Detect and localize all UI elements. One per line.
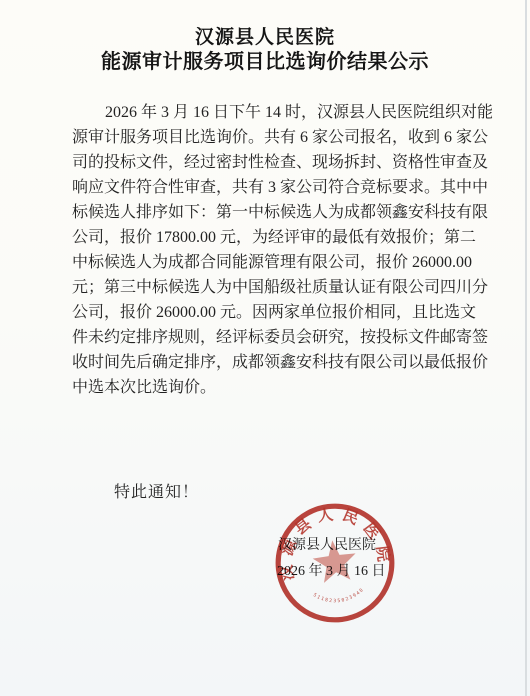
body-line: 响应文件符合性审查，共有 3 家公司符合竞标要求。其中中	[72, 175, 440, 200]
body-line: 中标候选人为成都合同能源管理有限公司，报价 26000.00	[72, 250, 440, 275]
body-line: 标候选人排序如下：第一中标候选人为成都领鑫安科技有限	[72, 200, 440, 225]
scan-edge-shadow	[525, 0, 527, 696]
seal-code-number: 5118235023940	[311, 586, 366, 607]
body-line: 2026 年 3 月 16 日下午 14 时，汉源县人民医院组织对能	[72, 100, 440, 125]
announcement-body: 2026 年 3 月 16 日下午 14 时，汉源县人民医院组织对能 源审计服务…	[72, 100, 440, 400]
body-line: 收时间先后确定排序，成都领鑫安科技有限公司以最低报价	[72, 350, 440, 375]
notice-statement: 特此通知！	[114, 483, 199, 503]
official-red-seal: 汉源县人民医院 5118235023940	[266, 494, 404, 632]
scanned-announcement-page: 汉源县人民医院 能源审计服务项目比选询价结果公示 2026 年 3 月 16 日…	[0, 0, 530, 696]
body-line: 源审计服务项目比选询价。共有 6 家公司报名，收到 6 家公	[72, 125, 440, 150]
document-title: 汉源县人民医院 能源审计服务项目比选询价结果公示	[0, 26, 530, 75]
body-line: 件未约定排序规则，经评标委员会研究，按投标文件邮寄签	[72, 325, 440, 350]
body-line: 公司，报价 26000.00 元。因两家单位报价相同，且比选文	[72, 300, 440, 325]
body-line: 公司，报价 17800.00 元，为经评审的最低有效报价；第二	[72, 225, 440, 250]
body-line: 中选本次比选询价。	[72, 375, 440, 400]
title-org-line: 汉源县人民医院	[0, 26, 530, 50]
title-subject-line: 能源审计服务项目比选询价结果公示	[0, 50, 530, 75]
body-line: 司的投标文件，经过密封性检查、现场拆封、资格性审查及	[72, 150, 440, 175]
seal-star-icon	[311, 538, 359, 584]
body-line: 元；第三中标候选人为中国船级社质量认证有限公司四川分	[72, 275, 440, 300]
